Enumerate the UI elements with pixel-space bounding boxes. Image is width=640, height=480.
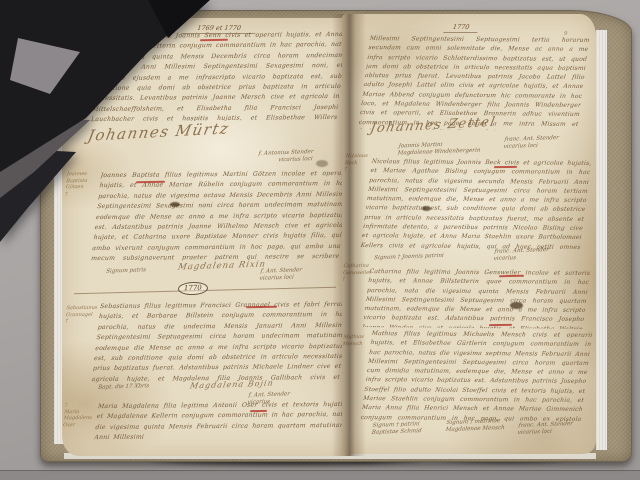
signature: Signum patris [106, 267, 147, 275]
margin-note-line: Magdalena [63, 415, 96, 422]
signature: Magdalena Rixin [177, 259, 267, 272]
signature-line: Magdalenae Mensch [445, 425, 505, 434]
signature: Signum † Joannis patrini [374, 253, 444, 262]
dark-cover-main [0, 0, 330, 260]
signature: franc. Ant. Stender vicarius [493, 247, 549, 263]
year-header-right: 1770 [443, 23, 478, 33]
right-page: 1770 9 Millesimi Septingentesimi Septuag… [342, 14, 596, 454]
signature: f. Ant. Stender vicarius loci [259, 267, 302, 283]
entry-body: Mathias filius legitimus Michaelis Mensc… [360, 329, 593, 425]
table-edge-strip [0, 470, 640, 480]
signature-line: Magdalenae Windenbergerin [397, 148, 481, 158]
margin-note-line: † [65, 318, 98, 325]
signature-line: vicarius loci [259, 274, 301, 282]
margin-note: † Maria Magdalena Oser [63, 402, 97, 429]
signature: Joannis Martini Magdalenae Windenbergeri… [397, 141, 481, 158]
signature-line: vicarius [493, 254, 548, 263]
entry-body: Nicolaus filius legitimus Joannis Beck c… [360, 157, 592, 253]
dark-cover-object [0, 0, 330, 260]
signature: franc. Ant. Stender vicarius loci [503, 135, 559, 151]
signature-line: Baptistae Schmid [371, 428, 422, 437]
signature: Magdalena Bojin [189, 379, 274, 392]
signature: Bapt. die 17 Xbris [98, 383, 150, 392]
entry-body: Catharina filia legitima Joannis Genswei… [362, 267, 591, 329]
ink-blot [510, 302, 523, 309]
entry-body: Sebastianus filius legitimus Francisci G… [91, 300, 349, 384]
signature: franc. Ant. Stender vicarius loci [517, 421, 573, 437]
signature: Signum † patrini Baptistae Schmid [371, 421, 423, 437]
photo-scene: 1769 et 1770 Rosina Senn † Rosina filia … [0, 0, 640, 480]
entry-body: Maria Magdalena filia legitima Antonii O… [93, 400, 348, 446]
signature: Signum † matrinae Magdalenae Mensch [445, 418, 506, 434]
ink-blot [422, 206, 431, 211]
page-block-edges-right [596, 30, 607, 450]
signature-line: vicarius loci [503, 142, 558, 151]
margin-note: Sebastianus Grannagel † [65, 305, 99, 325]
red-underline-mark [250, 410, 267, 412]
year-cartouche: 1770 [178, 281, 208, 295]
margin-note-line: Sebastianus [66, 305, 99, 312]
margin-note-line: Oser [63, 421, 96, 428]
signature-line: vicarius loci [517, 428, 572, 437]
